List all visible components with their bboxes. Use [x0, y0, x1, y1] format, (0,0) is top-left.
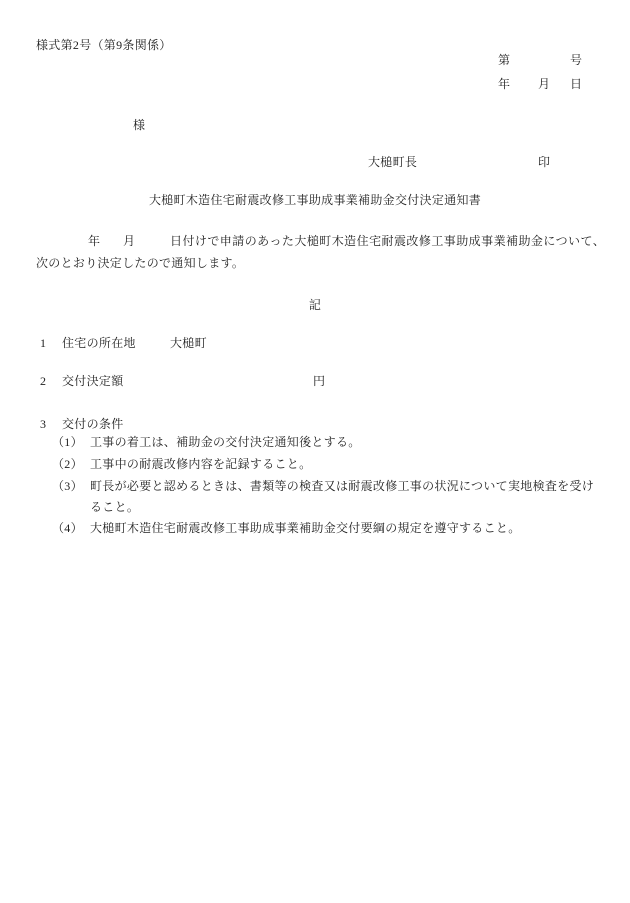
condition-text: 大槌町木造住宅耐震改修工事助成事業補助金交付要綱の規定を遵守すること。 — [90, 518, 596, 539]
issuer-seal-mark: 印 — [538, 153, 550, 170]
item-label: 交付の条件 — [62, 417, 124, 431]
body-year-blank: 年 — [88, 232, 100, 249]
body-line2: 次のとおり決定したので通知します。 — [36, 254, 244, 271]
condition-number: （3） — [52, 476, 90, 497]
item-label: 交付決定額 — [62, 374, 124, 388]
condition-number: （4） — [52, 518, 90, 539]
item-residence-row: 1住宅の所在地 大槌町 — [40, 334, 136, 351]
item-number: 3 — [40, 417, 62, 432]
doc-number-suffix: 号 — [570, 51, 582, 68]
issuer-title: 大槌町長 — [368, 153, 417, 170]
condition-text: 町長が必要と認めるときは、書類等の検査又は耐震改修工事の状況について実地検査を受… — [90, 476, 596, 518]
body-line1: 日付けで申請のあった大槌町木造住宅耐震改修工事助成事業補助金について、 — [170, 232, 605, 249]
condition-number: （2） — [52, 454, 90, 475]
item-number: 1 — [40, 336, 62, 351]
condition-number: （1） — [52, 432, 90, 453]
item-conditions-row: 3交付の条件 — [40, 415, 124, 432]
record-marker: 記 — [0, 296, 630, 313]
addressee-suffix: 様 — [133, 116, 145, 133]
item-amount-unit: 円 — [313, 372, 325, 389]
doc-number-prefix: 第 — [498, 51, 510, 68]
form-number: 様式第2号（第9条関係） — [36, 36, 172, 53]
condition-text: 工事の着工は、補助金の交付決定通知後とする。 — [90, 432, 596, 453]
condition-row: （1） 工事の着工は、補助金の交付決定通知後とする。 — [52, 432, 600, 453]
condition-row: （4） 大槌町木造住宅耐震改修工事助成事業補助金交付要綱の規定を遵守すること。 — [52, 518, 600, 539]
body-month-blank: 月 — [123, 232, 135, 249]
item-label: 住宅の所在地 — [62, 336, 136, 350]
date-year-label: 年 — [498, 75, 510, 92]
item-residence-value: 大槌町 — [170, 334, 207, 351]
item-number: 2 — [40, 374, 62, 389]
condition-row: （3） 町長が必要と認めるときは、書類等の検査又は耐震改修工事の状況について実地… — [52, 476, 600, 518]
condition-row: （2） 工事中の耐震改修内容を記録すること。 — [52, 454, 600, 475]
document-page: 様式第2号（第9条関係） 第 号 年 月 日 様 大槌町長 印 大槌町木造住宅耐… — [0, 0, 630, 903]
date-month-label: 月 — [538, 75, 550, 92]
document-title: 大槌町木造住宅耐震改修工事助成事業補助金交付決定通知書 — [0, 191, 630, 208]
date-day-label: 日 — [570, 75, 582, 92]
item-amount-row: 2交付決定額 円 — [40, 372, 124, 389]
condition-text: 工事中の耐震改修内容を記録すること。 — [90, 454, 596, 475]
